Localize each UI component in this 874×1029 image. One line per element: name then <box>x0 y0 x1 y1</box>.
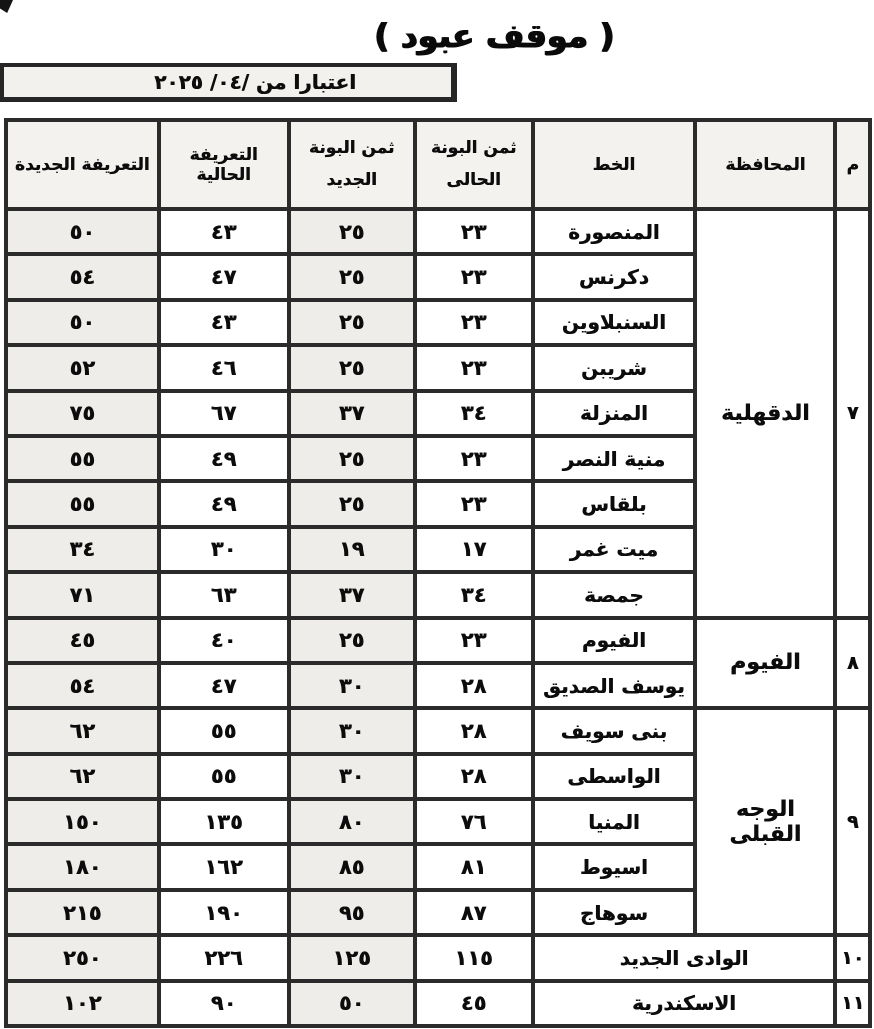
document-page: ( موقف عبود ) اعتبارا من /٠٤/ ٢٠٢٥ م الم… <box>0 0 874 1029</box>
cell-tariff-current: ٤٧ <box>159 663 289 708</box>
cell-tariff-new: ١٥٠ <box>6 799 159 844</box>
cell-line: اسيوط <box>533 844 696 889</box>
header-bona-new: ثمن البونة الجديد <box>289 120 415 209</box>
cell-governorate: الفيوم <box>695 618 835 709</box>
header-index: م <box>835 120 870 209</box>
cell-tariff-new: ١٨٠ <box>6 844 159 889</box>
cell-line: جمصة <box>533 572 696 617</box>
cell-governorate-index: ١١ <box>835 981 870 1026</box>
header-bona-new-line1: ثمن البونة <box>291 139 413 158</box>
table-row: ٧الدقهليةالمنصورة٢٣٢٥٤٣٥٠ <box>6 209 870 254</box>
tariff-table-body: ٧الدقهليةالمنصورة٢٣٢٥٤٣٥٠دكرنس٢٣٢٥٤٧٥٤ال… <box>6 209 870 1026</box>
cell-line: دكرنس <box>533 254 696 299</box>
cell-tariff-new: ٥٠ <box>6 300 159 345</box>
cell-bona-new: ٢٥ <box>289 436 415 481</box>
cell-line: المنصورة <box>533 209 696 254</box>
cell-bona-new: ٢٥ <box>289 300 415 345</box>
table-row: ١١الاسكندرية٤٥٥٠٩٠١٠٢ <box>6 981 870 1026</box>
cell-bona-new: ٩٥ <box>289 890 415 935</box>
cell-tariff-current: ٦٣ <box>159 572 289 617</box>
cell-governorate-index: ١٠ <box>835 935 870 980</box>
cell-governorate: الوجه القبلى <box>695 708 835 935</box>
cell-line: سوهاج <box>533 890 696 935</box>
cell-tariff-new: ٣٤ <box>6 527 159 572</box>
cell-governorate: الدقهلية <box>695 209 835 618</box>
cell-bona-new: ٢٥ <box>289 345 415 390</box>
cell-bona-new: ٨٠ <box>289 799 415 844</box>
effective-date-text: اعتبارا من /٠٤/ ٢٠٢٥ <box>154 70 356 94</box>
table-row: ٩الوجه القبلىبنى سويف٢٨٣٠٥٥٦٢ <box>6 708 870 753</box>
cell-bona-new: ٣٧ <box>289 572 415 617</box>
page-title: ( موقف عبود ) <box>337 16 652 55</box>
cell-bona-new: ١٩ <box>289 527 415 572</box>
header-governorate: المحافظة <box>695 120 835 209</box>
header-tariff-new: التعريفة الجديدة <box>6 120 159 209</box>
cell-tariff-current: ٩٠ <box>159 981 289 1026</box>
header-line: الخط <box>533 120 696 209</box>
cell-line: الواسطى <box>533 754 696 799</box>
cell-tariff-new: ٥٥ <box>6 436 159 481</box>
cell-tariff-current: ٥٥ <box>159 708 289 753</box>
cell-tariff-new: ٧١ <box>6 572 159 617</box>
header-bona-current-line2: الحالى <box>417 171 531 190</box>
cell-line: بلقاس <box>533 481 696 526</box>
cell-bona-current: ٢٣ <box>415 209 533 254</box>
cell-tariff-current: ٤٦ <box>159 345 289 390</box>
cell-bona-current: ١٧ <box>415 527 533 572</box>
cell-tariff-new: ٤٥ <box>6 618 159 663</box>
cell-bona-new: ٣٠ <box>289 708 415 753</box>
cell-bona-current: ٢٣ <box>415 618 533 663</box>
cell-line: المنيا <box>533 799 696 844</box>
cell-tariff-current: ٤٩ <box>159 481 289 526</box>
cell-bona-current: ٢٣ <box>415 254 533 299</box>
cell-tariff-current: ٦٧ <box>159 391 289 436</box>
header-bona-current-line1: ثمن البونة <box>417 139 531 158</box>
cell-tariff-current: ٤٠ <box>159 618 289 663</box>
cell-line: شريبن <box>533 345 696 390</box>
cell-tariff-new: ٥٠ <box>6 209 159 254</box>
cell-bona-current: ٢٨ <box>415 663 533 708</box>
cell-tariff-new: ٥٢ <box>6 345 159 390</box>
cell-tariff-new: ١٠٢ <box>6 981 159 1026</box>
table-row: ٨الفيومالفيوم٢٣٢٥٤٠٤٥ <box>6 618 870 663</box>
cell-bona-current: ٢٣ <box>415 300 533 345</box>
cell-bona-current: ٢٨ <box>415 708 533 753</box>
cell-tariff-new: ٢٥٠ <box>6 935 159 980</box>
header-bona-current: ثمن البونة الحالى <box>415 120 533 209</box>
cell-bona-new: ٢٥ <box>289 481 415 526</box>
cell-bona-current: ٨٧ <box>415 890 533 935</box>
tariff-table: م المحافظة الخط ثمن البونة الحالى ثمن ال… <box>4 118 872 1028</box>
cell-bona-current: ٢٣ <box>415 345 533 390</box>
cell-tariff-current: ٣٠ <box>159 527 289 572</box>
cell-line: الاسكندرية <box>533 981 836 1026</box>
cell-line: بنى سويف <box>533 708 696 753</box>
cell-tariff-current: ١٩٠ <box>159 890 289 935</box>
cell-line: الفيوم <box>533 618 696 663</box>
cell-bona-new: ١٢٥ <box>289 935 415 980</box>
cell-bona-new: ٨٥ <box>289 844 415 889</box>
cell-governorate-index: ٩ <box>835 708 870 935</box>
cell-governorate-index: ٧ <box>835 209 870 618</box>
cell-line: منية النصر <box>533 436 696 481</box>
cell-line: السنبلاوين <box>533 300 696 345</box>
cell-bona-new: ٢٥ <box>289 209 415 254</box>
cell-bona-current: ١١٥ <box>415 935 533 980</box>
cell-bona-current: ٣٤ <box>415 391 533 436</box>
cell-line: الوادى الجديد <box>533 935 836 980</box>
cell-tariff-current: ٤٣ <box>159 209 289 254</box>
table-row: ١٠الوادى الجديد١١٥١٢٥٢٢٦٢٥٠ <box>6 935 870 980</box>
cell-bona-current: ٧٦ <box>415 799 533 844</box>
cell-governorate-index: ٨ <box>835 618 870 709</box>
cell-bona-new: ٢٥ <box>289 254 415 299</box>
cell-tariff-new: ٦٢ <box>6 708 159 753</box>
cell-tariff-new: ٥٤ <box>6 254 159 299</box>
cell-tariff-current: ٤٩ <box>159 436 289 481</box>
cell-tariff-new: ٢١٥ <box>6 890 159 935</box>
cell-tariff-current: ٤٣ <box>159 300 289 345</box>
cell-bona-current: ٢٨ <box>415 754 533 799</box>
cell-bona-new: ٣٧ <box>289 391 415 436</box>
cell-bona-new: ٣٠ <box>289 663 415 708</box>
cell-tariff-new: ٥٥ <box>6 481 159 526</box>
cell-line: يوسف الصديق <box>533 663 696 708</box>
cell-bona-current: ٣٤ <box>415 572 533 617</box>
cell-tariff-current: ٢٢٦ <box>159 935 289 980</box>
scan-corner-artifact <box>0 0 13 13</box>
cell-tariff-new: ٧٥ <box>6 391 159 436</box>
cell-bona-current: ٨١ <box>415 844 533 889</box>
cell-bona-new: ٥٠ <box>289 981 415 1026</box>
header-tariff-current: التعريفة الحالية <box>159 120 289 209</box>
cell-bona-current: ٢٣ <box>415 436 533 481</box>
cell-tariff-new: ٥٤ <box>6 663 159 708</box>
cell-tariff-current: ٥٥ <box>159 754 289 799</box>
effective-date-box: اعتبارا من /٠٤/ ٢٠٢٥ <box>0 63 457 102</box>
cell-line: ميت غمر <box>533 527 696 572</box>
cell-bona-current: ٢٣ <box>415 481 533 526</box>
cell-tariff-new: ٦٢ <box>6 754 159 799</box>
cell-bona-new: ٣٠ <box>289 754 415 799</box>
cell-tariff-current: ٤٧ <box>159 254 289 299</box>
cell-line: المنزلة <box>533 391 696 436</box>
cell-tariff-current: ١٣٥ <box>159 799 289 844</box>
header-bona-new-line2: الجديد <box>291 171 413 190</box>
cell-tariff-current: ١٦٢ <box>159 844 289 889</box>
cell-bona-current: ٤٥ <box>415 981 533 1026</box>
cell-bona-new: ٢٥ <box>289 618 415 663</box>
header-row: م المحافظة الخط ثمن البونة الحالى ثمن ال… <box>6 120 870 209</box>
